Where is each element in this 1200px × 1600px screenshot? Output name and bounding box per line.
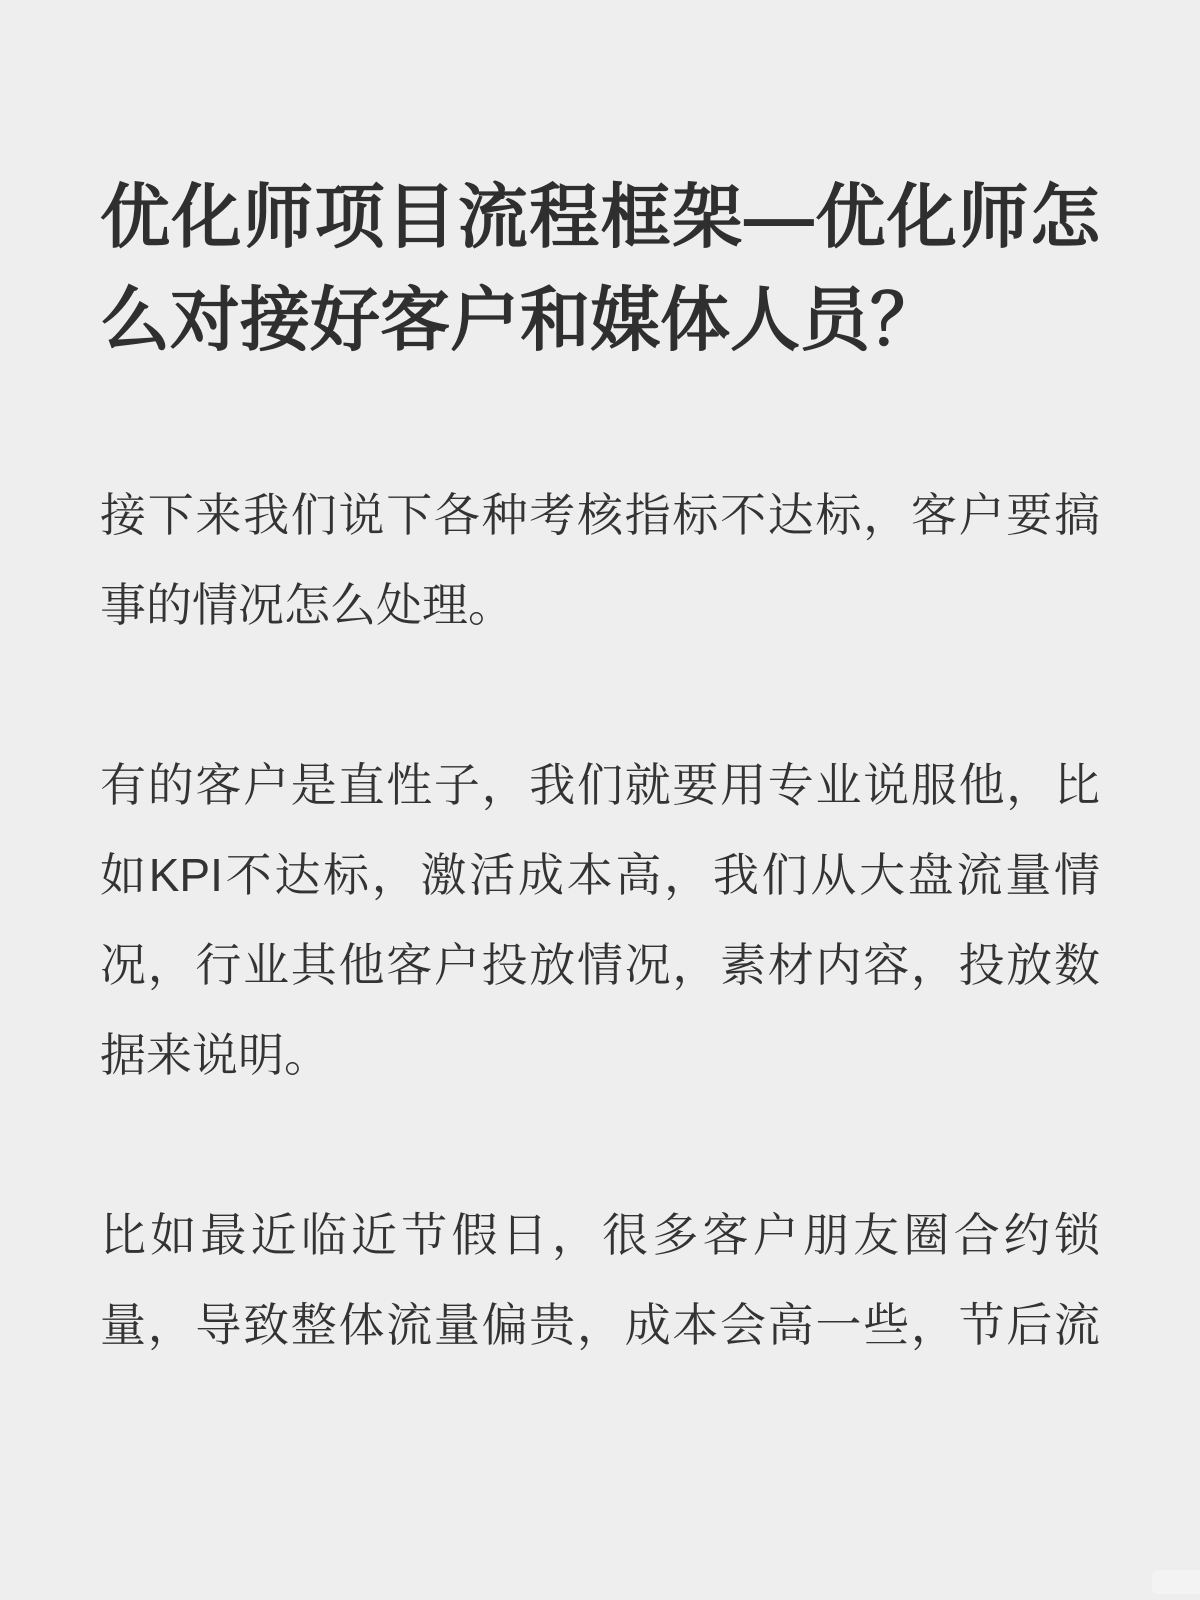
watermark-remnant	[1152, 1570, 1200, 1594]
paragraph-2-line-2: 如KPI不达标，激活成本高，我们从大盘流量情	[100, 830, 1100, 920]
paragraph-3-line-1: 比如最近临近节假日，很多客户朋友圈合约锁	[100, 1190, 1100, 1280]
paragraph-2: 有的客户是直性子，我们就要用专业说服他，比 如KPI不达标，激活成本高，我们从大…	[100, 740, 1100, 1100]
paragraph-1: 接下来我们说下各种考核指标不达标，客户要搞 事的情况怎么处理。	[100, 470, 1100, 650]
page-title: 优化师项目流程框架—优化师怎 么对接好客户和媒体人员？	[100, 166, 1100, 372]
title-line-2: 么对接好客户和媒体人员？	[100, 269, 1100, 372]
text-card: 优化师项目流程框架—优化师怎 么对接好客户和媒体人员？ 接下来我们说下各种考核指…	[0, 0, 1200, 1600]
paragraph-2-line-4: 据来说明。	[100, 1010, 1100, 1100]
paragraph-2-line-1: 有的客户是直性子，我们就要用专业说服他，比	[100, 740, 1100, 830]
paragraph-3: 比如最近临近节假日，很多客户朋友圈合约锁 量，导致整体流量偏贵，成本会高一些，节…	[100, 1190, 1100, 1370]
paragraph-2-line-3: 况，行业其他客户投放情况，素材内容，投放数	[100, 920, 1100, 1010]
paragraph-3-line-2: 量，导致整体流量偏贵，成本会高一些，节后流	[100, 1280, 1100, 1370]
paragraph-1-line-2: 事的情况怎么处理。	[100, 560, 1100, 650]
title-line-1: 优化师项目流程框架—优化师怎	[100, 166, 1100, 269]
paragraph-1-line-1: 接下来我们说下各种考核指标不达标，客户要搞	[100, 470, 1100, 560]
